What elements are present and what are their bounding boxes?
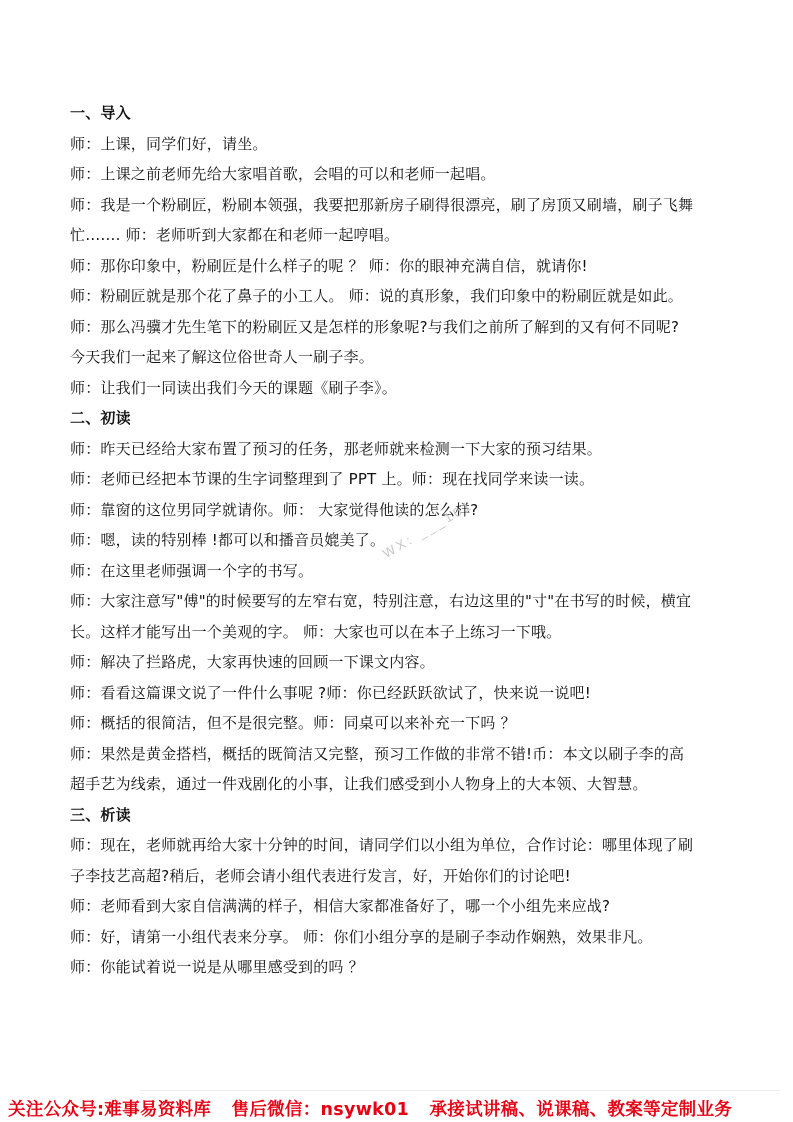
- footer-services: 承接试讲稿、说课稿、教案等定制业务: [429, 1100, 732, 1120]
- paragraph-line: 师：好，请第一小组代表来分享。 师：你们小组分享的是刷子李动作娴熟，效果非凡。: [70, 922, 730, 953]
- paragraph-line: 师：上课之前老师先给大家唱首歌，会唱的可以和老师一起唱。: [70, 159, 730, 190]
- paragraph-line: 师：昨天已经给大家布置了预习的任务，那老师就来检测一下大家的预习结果。: [70, 434, 730, 465]
- paragraph-line: 师：让我们一同读出我们今天的课题《刷子李》。: [70, 373, 730, 404]
- paragraph-line: 师：我是一个粉刷匠，粉刷本领强，我要把那新房子刷得很漂亮，刷了房顶又刷墙，刷子飞…: [70, 190, 730, 221]
- paragraph-line: 师：老师看到大家自信满满的样子，相信大家都准备好了，哪一个小组先来应战?: [70, 891, 730, 922]
- paragraph-line: 今天我们一起来了解这位俗世奇人一刷子李。: [70, 342, 730, 373]
- footer-wechat: 售后微信：nsywk01: [232, 1100, 410, 1120]
- paragraph-line: 超手艺为线索，通过一件戏剧化的小事，让我们感受到小人物身上的大本领、大智慧。: [70, 769, 730, 800]
- paragraph-line: 师：果然是黄金搭档，概括的既简洁又完整，预习工作做的非常不错!币：本文以刷子李的…: [70, 739, 730, 770]
- paragraph-line: 师：在这里老师强调一个字的书写。: [70, 556, 730, 587]
- footer-banner: 关注公众号:难事易资料库 售后微信：nsywk01 承接试讲稿、说课稿、教案等定…: [8, 1096, 793, 1121]
- paragraph-line: 师：粉刷匠就是那个花了鼻子的小工人。 师：说的真形象，我们印象中的粉刷匠就是如此…: [70, 281, 730, 312]
- paragraph-line: 师：概括的很简洁，但不是很完整。师：同桌可以来补充一下吗 ？: [70, 708, 730, 739]
- paragraph-line: 师：解决了拦路虎，大家再快速的回顾一下课文内容。: [70, 647, 730, 678]
- section-heading: 二、初读: [70, 403, 730, 434]
- section-heading: 三、析读: [70, 800, 730, 831]
- paragraph-line: 师：你能试着说一说是从哪里感受到的吗 ？: [70, 952, 730, 983]
- paragraph-line: 子李技艺高超?稍后，老师会请小组代表进行发言，好，开始你们的讨论吧!: [70, 861, 730, 892]
- paragraph-line: 忙……. 师：老师听到大家都在和老师一起哼唱。: [70, 220, 730, 251]
- paragraph-line: 师：靠窗的这位男同学就请你。师： 大家觉得他读的怎么样?: [70, 495, 730, 526]
- paragraph-line: 师：看看这篇课文说了一件什么事呢 ?师：你已经跃跃欲试了，快来说一说吧!: [70, 678, 730, 709]
- paragraph-line: 师：大家注意写"傅"的时候要写的左窄右宽，特别注意，右边这里的"寸"在书写的时候…: [70, 586, 730, 617]
- paragraph-line: 师：老师已经把本节课的生字词整理到了 PPT 上。师：现在找同学来读一读。: [70, 464, 730, 495]
- footer-account: 关注公众号:难事易资料库: [8, 1100, 211, 1120]
- paragraph-line: 长。这样才能写出一个美观的字。 师：大家也可以在本子上练习一下哦。: [70, 617, 730, 648]
- paragraph-line: 师：上课，同学们好，请坐。: [70, 129, 730, 160]
- paragraph-line: 师：现在，老师就再给大家十分钟的时间，请同学们以小组为单位，合作讨论：哪里体现了…: [70, 830, 730, 861]
- section-heading: 一、导入: [70, 98, 730, 129]
- footer-divider: [140, 1090, 780, 1091]
- paragraph-line: 师：那么冯骥才先生笔下的粉刷匠又是怎样的形象呢?与我们之前所了解到的又有何不同呢…: [70, 312, 730, 343]
- paragraph-line: 师：那你印象中，粉刷匠是什么样子的呢 ？ 师：你的眼神充满自信，就请你!: [70, 251, 730, 282]
